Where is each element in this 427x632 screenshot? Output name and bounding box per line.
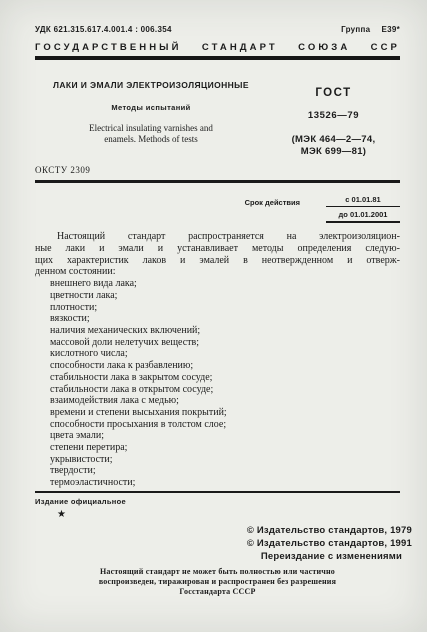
copyright-1979: © Издательство стандартов, 1979 [35, 524, 412, 537]
header-row: УДК 621.315.617.4.001.4 : 006.354 Группа… [35, 25, 400, 34]
characteristics-list-item: степени перетира; [50, 442, 400, 454]
validity-dates: с 01.01.81 до 01.01.2001 [326, 195, 400, 224]
udk-code: УДК 621.315.617.4.001.4 : 006.354 [35, 25, 172, 34]
characteristics-list-item: взаимодействия лака с медью; [50, 395, 400, 407]
iec-reference: (МЭК 464—2—74, МЭК 699—81) [267, 134, 400, 158]
characteristics-list-item: укрывистости; [50, 454, 400, 466]
title-column: ЛАКИ И ЭМАЛИ ЭЛЕКТРОИЗОЛЯЦИОННЫЕ Методы … [35, 80, 267, 158]
characteristics-list: внешнего вида лака;цветности лака;плотно… [35, 278, 400, 489]
validity-date-to: до 01.01.2001 [326, 207, 400, 223]
group-value: Е39* [381, 25, 400, 34]
document-title-en: Electrical insulating varnishes and enam… [35, 123, 267, 144]
characteristics-list-item: стабильности лака в открытом сосуде; [50, 384, 400, 396]
characteristics-list-item: времени и степени высыхания покрытий; [50, 407, 400, 419]
characteristics-list-item: твердости; [50, 465, 400, 477]
reproduction-notice: Настоящий стандарт не может быть полност… [35, 567, 400, 597]
characteristics-list-item: кислотного числа; [50, 348, 400, 360]
characteristics-list-item: термоэластичности; [50, 477, 400, 489]
scope-paragraph-line: щих характеристик лаков и эмалей в неотв… [35, 255, 400, 267]
gost-number: 13526—79 [267, 110, 400, 121]
reproduction-notice-line: Госстандарта СССР [35, 587, 400, 597]
characteristics-list-item: способности лака к разбавлению; [50, 360, 400, 372]
star-icon: ★ [57, 510, 400, 520]
characteristics-list-item: цветности лака; [50, 290, 400, 302]
reproduction-notice-line: Настоящий стандарт не может быть полност… [35, 567, 400, 577]
reissue-note: Переиздание с изменениями [35, 550, 412, 563]
document-title-ru: ЛАКИ И ЭМАЛИ ЭЛЕКТРОИЗОЛЯЦИОННЫЕ [35, 80, 267, 90]
scope-paragraph-line: ные лаки и эмали и устанавливает методы … [35, 243, 400, 255]
scope-paragraph-line: денном состоянии: [35, 266, 400, 278]
characteristics-list-item: вязкости; [50, 313, 400, 325]
iec-reference-line2: МЭК 699—81) [267, 146, 400, 158]
validity-label: Срок действия [245, 195, 300, 224]
characteristics-list-item: цвета эмали; [50, 430, 400, 442]
document-subtitle-ru: Методы испытаний [35, 103, 267, 112]
okstu-code: ОКСТУ 2309 [35, 165, 400, 175]
validity-date-from: с 01.01.81 [326, 195, 400, 208]
official-edition-label: Издание официальное [35, 497, 400, 506]
characteristics-list-item: плотности; [50, 302, 400, 314]
document-title-en-line2: enamels. Methods of tests [35, 134, 267, 145]
characteristics-list-item: способности просыхания в толстом слое; [50, 419, 400, 431]
iec-reference-line1: (МЭК 464—2—74, [267, 134, 400, 146]
characteristics-list-item: внешнего вида лака; [50, 278, 400, 290]
scope-paragraph-line: Настоящий стандарт распространяется на э… [35, 231, 400, 243]
copyright-1991: © Издательство стандартов, 1991 [35, 537, 412, 550]
state-standard-heading: ГОСУДАРСТВЕННЫЙ СТАНДАРТ СОЮЗА ССР [35, 42, 400, 53]
heading-rule [35, 56, 400, 60]
footer-rule [35, 491, 400, 493]
title-divider-rule [35, 180, 400, 183]
document-title-en-line1: Electrical insulating varnishes and [35, 123, 267, 134]
characteristics-list-item: наличия механических включений; [50, 325, 400, 337]
characteristics-list-item: стабильности лака в закрытом сосуде; [50, 372, 400, 384]
group-label: Группа [341, 25, 370, 34]
characteristics-list-item: массовой доли нелетучих веществ; [50, 337, 400, 349]
scanned-standard-page: УДК 621.315.617.4.001.4 : 006.354 Группа… [0, 0, 427, 632]
title-block: ЛАКИ И ЭМАЛИ ЭЛЕКТРОИЗОЛЯЦИОННЫЕ Методы … [35, 80, 400, 158]
gost-label: ГОСТ [267, 87, 400, 99]
page-content: УДК 621.315.617.4.001.4 : 006.354 Группа… [35, 0, 400, 597]
gost-column: ГОСТ 13526—79 (МЭК 464—2—74, МЭК 699—81) [267, 80, 400, 158]
reproduction-notice-line: воспроизведен, тиражирован и распростран… [35, 577, 400, 587]
copyright-block: © Издательство стандартов, 1979 © Издате… [35, 524, 412, 563]
scope-paragraph: Настоящий стандарт распространяется на э… [35, 231, 400, 278]
validity-block: Срок действия с 01.01.81 до 01.01.2001 [35, 195, 400, 224]
group-code: Группа Е39* [341, 25, 400, 34]
